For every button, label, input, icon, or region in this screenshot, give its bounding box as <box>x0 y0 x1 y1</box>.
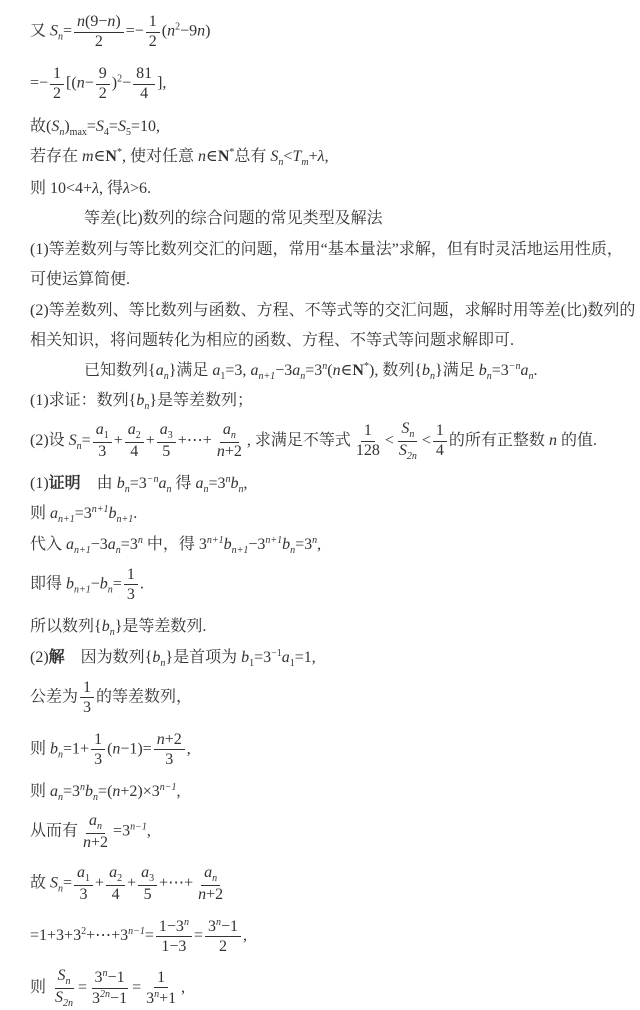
text-segment: 1 <box>104 430 109 441</box>
text-segment: b <box>479 362 487 379</box>
text-segment: = <box>63 875 72 892</box>
text-segment: >6. <box>130 180 151 197</box>
text-segment: . <box>133 505 137 522</box>
text-segment: S <box>55 989 63 1006</box>
text-segment: a <box>160 421 168 438</box>
line-content: 已知数列{an}满足 a1=3, an+1−3an=3n(n∈N*), 数列{b… <box>84 357 538 382</box>
text-segment: 2 <box>136 430 141 441</box>
text-segment: n−1 <box>160 782 177 793</box>
text-segment: N <box>105 148 117 165</box>
text-segment: n <box>549 432 557 449</box>
text-segment: 解 <box>49 649 65 666</box>
text-segment: 的等差数列， <box>96 688 192 705</box>
fraction: 12 <box>146 13 160 51</box>
text-segment: 则 <box>30 740 50 757</box>
text-segment: = <box>145 927 154 944</box>
text-segment: 1 <box>364 422 372 439</box>
fraction: 13n+1 <box>143 969 179 1008</box>
text-segment: b <box>50 740 58 757</box>
text-segment: 设 <box>49 432 69 449</box>
text-segment: +2 <box>206 886 223 903</box>
text-segment: n <box>66 976 71 987</box>
fraction: 13 <box>91 731 105 769</box>
text-segment: n+1 <box>117 514 134 525</box>
text-segment: n+1 <box>74 545 91 556</box>
line-24: 故 Sn=a13+a24+a35+⋯+ann+2 <box>0 858 640 910</box>
text-segment: 即得 <box>30 575 66 592</box>
text-segment: + <box>309 148 318 165</box>
text-segment: a <box>204 864 212 881</box>
fraction: ann+2 <box>195 864 226 904</box>
line-2: =−12[(n−92)2−814], <box>0 58 640 110</box>
text-segment: ∈ <box>94 148 106 165</box>
text-segment: 2n <box>63 998 73 1009</box>
text-segment: S <box>118 118 126 135</box>
fraction: 14 <box>433 422 447 460</box>
text-segment: n−1 <box>130 822 147 833</box>
text-segment: n <box>212 873 217 884</box>
text-segment: a <box>108 536 116 553</box>
text-segment: n <box>231 430 236 441</box>
line-content: (2)等差数列、等比数列与函数、方程、不等式等的交汇问题，求解时用等差(比)数列… <box>30 297 635 320</box>
text-segment: 3 <box>95 969 103 986</box>
text-segment: −3 <box>91 536 108 553</box>
fraction: a13 <box>74 864 93 904</box>
text-segment: 1 <box>85 873 90 884</box>
text-segment: 故 <box>30 875 50 892</box>
text-segment: 故 <box>30 118 46 135</box>
line-26: 则 SnS2n=3n−132n−1=13n+1, <box>0 962 640 1010</box>
text-segment: 3 <box>199 536 207 553</box>
line-5: 则 10<4+λ, 得λ>6. <box>0 171 640 202</box>
text-segment: +⋯+ <box>178 432 212 449</box>
text-segment: a <box>282 649 290 666</box>
text-segment: b <box>224 536 232 553</box>
text-segment: a <box>223 421 231 438</box>
text-segment: 数列 <box>382 362 414 379</box>
text-segment: , <box>243 927 247 944</box>
text-segment: 1 <box>83 679 91 696</box>
line-content: 相关知识，将问题转化为相应的函数、方程、不等式等问题求解即可. <box>30 327 514 350</box>
text-segment: n−1 <box>128 926 145 937</box>
text-segment: S <box>58 967 66 984</box>
line-25: =1+3+32+⋯+3n−1=1−3n1−3=3n−12, <box>0 910 640 962</box>
text-segment: 由 <box>81 475 117 492</box>
text-segment: max <box>70 127 87 138</box>
text-segment: } <box>435 362 443 379</box>
text-segment: 若存在 <box>30 148 82 165</box>
text-segment: =( <box>98 783 112 800</box>
line-content: 则 an+1=3n+1bn+1. <box>30 500 137 525</box>
fraction: 92 <box>96 65 110 103</box>
text-segment: =3 <box>113 823 130 840</box>
text-segment: a <box>66 536 74 553</box>
text-segment: ∈ <box>341 362 353 379</box>
text-segment: 则 <box>30 505 50 522</box>
fraction: a24 <box>125 421 144 461</box>
text-segment: +2 <box>165 731 182 748</box>
text-segment: λ <box>318 148 325 165</box>
text-segment: , <box>147 823 151 840</box>
fraction: 3n−12 <box>205 917 241 956</box>
text-segment: (1) <box>30 392 49 409</box>
text-segment: =3 <box>130 475 147 492</box>
text-segment: 3 <box>98 443 106 460</box>
text-segment: +1 <box>159 990 176 1007</box>
text-segment: n <box>97 821 102 832</box>
fraction: n(9−n)2 <box>74 13 124 51</box>
fraction: 814 <box>133 65 155 103</box>
line-content: (1)求证：数列{bn}是等差数列； <box>30 387 253 412</box>
text-segment: 128 <box>356 442 380 459</box>
text-segment: N <box>218 148 230 165</box>
fraction: a13 <box>93 421 112 461</box>
text-segment: =3 <box>305 362 322 379</box>
text-segment: 1 <box>436 422 444 439</box>
text-segment: , <box>247 432 255 449</box>
text-segment: , <box>181 979 185 996</box>
text-segment: + <box>114 432 123 449</box>
text-segment: =3 <box>208 475 225 492</box>
line-7: (1)等差数列与等比数列交汇的问题，常用“基本量法”求解，但有时灵活地运用性质， <box>0 232 640 263</box>
text-segment: < <box>422 432 431 449</box>
line-content: 即得 bn+1−bn=13. <box>30 566 144 604</box>
text-segment: a <box>128 421 136 438</box>
text-segment: 等差数列、等比数列与函数、方程、不等式等的交汇问题，求解时用等差(比)数列的 <box>49 302 636 319</box>
text-segment: n <box>197 23 205 40</box>
text-segment: 5 <box>144 886 152 903</box>
text-segment: { <box>94 618 102 635</box>
text-segment: λ <box>123 180 130 197</box>
text-segment: a <box>521 362 529 379</box>
text-segment: (1) <box>30 241 49 258</box>
line-content: =1+3+32+⋯+3n−1=1−3n1−3=3n−12, <box>30 917 247 956</box>
text-segment: 1−3 <box>159 918 184 935</box>
text-segment: (1) <box>30 475 49 492</box>
text-segment: =1+ <box>63 740 89 757</box>
text-segment: = <box>63 23 72 40</box>
text-segment: . <box>534 362 538 379</box>
text-segment: ) <box>115 13 120 30</box>
text-segment: + <box>95 875 104 892</box>
line-content: 从而有ann+2=3n−1, <box>30 812 151 852</box>
text-segment: a <box>141 864 149 881</box>
text-segment: a <box>156 362 164 379</box>
text-segment: ], <box>157 75 166 92</box>
text-segment: =3 <box>121 536 138 553</box>
text-segment: −n <box>147 474 159 485</box>
text-segment: (9− <box>85 13 107 30</box>
text-segment: 1 <box>127 566 135 583</box>
text-segment: 81 <box>136 65 152 82</box>
line-content: 则 an=3nbn=(n+2)×3n−1, <box>30 778 181 803</box>
text-segment: +⋯+ <box>159 875 193 892</box>
text-segment: = <box>194 927 203 944</box>
fraction: SnS2n <box>52 967 76 1009</box>
text-segment: −n <box>509 361 521 372</box>
text-segment: 从而有 <box>30 823 78 840</box>
text-segment: 9 <box>99 65 107 82</box>
text-segment: −1 <box>110 990 127 1007</box>
text-segment: n <box>409 429 414 440</box>
text-segment: , <box>99 180 107 197</box>
text-segment: =3 <box>63 783 80 800</box>
line-content: 代入 an+1−3an=3n 中，得 3n+1bn+1−3n+1bn=3n, <box>30 531 321 556</box>
text-segment: 所以数列 <box>30 618 94 635</box>
text-segment: 3 <box>80 886 88 903</box>
text-segment: n+1 <box>258 371 275 382</box>
line-8: 可使运算简便. <box>0 263 640 294</box>
line-content: 所以数列{bn}是等差数列. <box>30 613 206 638</box>
text-segment: } <box>149 392 157 409</box>
fraction: 13 <box>80 679 94 717</box>
text-segment: 4 <box>140 85 148 102</box>
line-content: 公差为13的等差数列， <box>30 679 192 717</box>
fraction: 3n−132n−1 <box>89 968 130 1008</box>
text-segment: 2 <box>53 85 61 102</box>
text-segment: 3 <box>208 918 216 935</box>
text-segment: S <box>50 23 58 40</box>
text-segment: , <box>317 536 321 553</box>
text-segment: 3 <box>92 990 100 1007</box>
fraction: ann+2 <box>80 812 111 852</box>
line-19: (2)解 因为数列{bn}是首项为 b1=3−1a1=1, <box>0 641 640 672</box>
text-segment: 3 <box>149 873 154 884</box>
text-segment: b <box>85 783 93 800</box>
text-segment: 的值. <box>557 432 597 449</box>
text-segment: b <box>66 575 74 592</box>
line-18: 所以数列{bn}是等差数列. <box>0 611 640 642</box>
text-segment: = <box>109 118 118 135</box>
text-segment: n <box>333 362 341 379</box>
text-segment: n <box>83 834 91 851</box>
text-segment: n <box>198 148 206 165</box>
text-segment: S <box>96 118 104 135</box>
text-segment: +2 <box>91 834 108 851</box>
text-segment: 3 <box>83 699 91 716</box>
fraction: 1128 <box>353 422 383 460</box>
text-segment: =3 <box>75 505 92 522</box>
text-segment: 已知数列 <box>84 362 148 379</box>
text-segment: n <box>184 917 189 928</box>
text-segment: =− <box>30 75 48 92</box>
line-10: 相关知识，将问题转化为相应的函数、方程、不等式等问题求解即可. <box>0 324 640 355</box>
text-segment: } <box>165 649 173 666</box>
text-segment: n <box>77 75 85 92</box>
line-15: 则 an+1=3n+1bn+1. <box>0 498 640 529</box>
text-segment: −9 <box>180 23 197 40</box>
text-segment: 2n <box>100 989 110 1000</box>
line-13: (2)设 Sn=a13+a24+a35+⋯+ann+2, 求满足不等式1128<… <box>0 415 640 467</box>
line-16: 代入 an+1−3an=3n 中，得 3n+1bn+1−3n+1bn=3n, <box>0 528 640 559</box>
text-segment: 得 <box>107 180 123 197</box>
text-segment: b <box>422 362 430 379</box>
text-segment: 等差数列与等比数列交汇的问题，常用“基本量法”求解，但有时灵活地运用性质， <box>49 241 623 258</box>
text-segment: 4 <box>130 443 138 460</box>
text-segment: 2n <box>407 451 417 462</box>
text-segment: = <box>87 118 96 135</box>
line-11: 已知数列{an}满足 a1=3, an+1−3an=3n(n∈N*), 数列{b… <box>0 354 640 385</box>
text-segment: 1 <box>149 13 157 30</box>
text-segment: 2 <box>117 873 122 884</box>
text-segment: 2 <box>99 85 107 102</box>
line-14: (1)证明 由 bn=3−nan 得 an=3nbn, <box>0 467 640 498</box>
text-segment: 10<4+ <box>50 180 92 197</box>
text-segment: a <box>96 421 104 438</box>
text-segment: a <box>50 783 58 800</box>
text-segment: b <box>231 475 239 492</box>
text-segment: 2 <box>149 33 157 50</box>
line-content: (1)证明 由 bn=3−nan 得 an=3nbn, <box>30 470 248 495</box>
text-segment: n <box>167 23 175 40</box>
fraction: 1−3n1−3 <box>156 917 192 956</box>
text-segment: −3 <box>248 536 265 553</box>
text-segment: −3 <box>275 362 292 379</box>
text-segment: 3 <box>165 751 173 768</box>
text-segment: 则 <box>30 783 50 800</box>
text-segment: 1 <box>94 731 102 748</box>
fraction: a35 <box>157 421 176 461</box>
text-segment: , <box>177 783 181 800</box>
line-23: 从而有ann+2=3n−1, <box>0 806 640 858</box>
text-segment: a <box>89 812 97 829</box>
text-segment: 等差(比)数列的综合问题的常见类型及解法 <box>84 210 383 227</box>
text-segment: b <box>117 475 125 492</box>
text-segment: ∈ <box>206 148 218 165</box>
line-1: 又 Sn=n(9−n)2=−12(n2−9n) <box>0 6 640 58</box>
text-segment: = <box>82 432 91 449</box>
line-9: (2)等差数列、等比数列与函数、方程、不等式等的交汇问题，求解时用等差(比)数列… <box>0 293 640 324</box>
text-segment: 3 <box>94 751 102 768</box>
text-segment: 4 <box>436 442 444 459</box>
text-segment: (2) <box>30 432 49 449</box>
text-segment: S <box>69 432 77 449</box>
text-segment: 3 <box>146 990 154 1007</box>
line-content: 则 10<4+λ, 得λ>6. <box>30 175 151 198</box>
text-segment: (2) <box>30 649 49 666</box>
line-6: 等差(比)数列的综合问题的常见类型及解法 <box>0 202 640 233</box>
text-segment: 求满足不等式 <box>255 432 351 449</box>
fraction: 13 <box>124 566 138 604</box>
text-segment: = <box>113 575 122 592</box>
text-segment: n+1 <box>207 535 224 546</box>
line-content: (2)解 因为数列{bn}是首项为 b1=3−1a1=1, <box>30 644 316 669</box>
text-segment: [( <box>66 75 77 92</box>
text-segment: 是首项为 <box>173 649 241 666</box>
text-segment: =1+3+3 <box>30 927 81 944</box>
text-segment: =1, <box>295 649 316 666</box>
line-content: (2)设 Sn=a13+a24+a35+⋯+ann+2, 求满足不等式1128<… <box>30 420 597 462</box>
text-segment: 使对任意 <box>130 148 198 165</box>
line-22: 则 an=3nbn=(n+2)×3n−1, <box>0 776 640 807</box>
text-segment: N <box>352 362 364 379</box>
text-segment: =− <box>126 23 144 40</box>
text-segment: λ <box>92 180 99 197</box>
line-content: 等差(比)数列的综合问题的常见类型及解法 <box>84 205 383 228</box>
text-segment: =3 <box>492 362 509 379</box>
text-segment: −1 <box>221 918 238 935</box>
text-segment: S <box>399 442 407 459</box>
line-17: 即得 bn+1−bn=13. <box>0 559 640 611</box>
text-segment: 2 <box>95 33 103 50</box>
line-content: 故(Sn)max=S4=S5=10, <box>30 113 160 138</box>
text-segment: , <box>325 148 329 165</box>
text-segment: 则 <box>30 180 50 197</box>
text-segment: m <box>82 148 94 165</box>
text-segment: 则 <box>30 979 50 996</box>
text-segment: = <box>78 979 87 996</box>
text-segment: 总有 <box>234 148 270 165</box>
text-segment: n <box>198 886 206 903</box>
text-segment: b <box>241 649 249 666</box>
text-segment: 可使运算简便. <box>30 271 130 288</box>
text-segment: 1 <box>157 969 165 986</box>
text-segment: −1)= <box>120 740 151 757</box>
text-segment: − <box>122 75 131 92</box>
text-segment: 1−3 <box>161 938 186 955</box>
text-segment: a <box>109 864 117 881</box>
text-segment: − <box>91 575 100 592</box>
text-segment: − <box>85 75 94 92</box>
text-segment: n+1 <box>92 504 109 515</box>
text-segment: =10, <box>131 118 160 135</box>
text-segment: +2)×3 <box>120 783 159 800</box>
text-segment: 满足 <box>176 362 212 379</box>
text-segment: , <box>122 148 130 165</box>
text-segment: , <box>187 740 191 757</box>
line-content: 则 bn=1+13(n−1)=n+23, <box>30 731 191 769</box>
document-page: 又 Sn=n(9−n)2=−12(n2−9n)=−12[(n−92)2−814]… <box>0 0 640 1010</box>
text-segment: ) <box>205 23 210 40</box>
text-segment: n <box>157 731 165 748</box>
fraction: a35 <box>138 864 157 904</box>
text-segment: 的所有正整数 <box>449 432 549 449</box>
text-segment: 是等差数列； <box>157 392 253 409</box>
text-segment: 证明 <box>49 475 81 492</box>
text-segment: 2 <box>219 938 227 955</box>
text-segment: =3, <box>225 362 250 379</box>
fraction: n+23 <box>154 731 185 769</box>
text-segment: n <box>77 13 85 30</box>
text-segment: n+1 <box>232 545 249 556</box>
text-segment: < <box>385 432 394 449</box>
fraction: SnS2n <box>396 420 420 462</box>
text-segment: 求证：数列 <box>49 392 129 409</box>
text-segment: = <box>132 979 141 996</box>
text-segment: (2) <box>30 302 49 319</box>
text-segment: + <box>146 432 155 449</box>
text-segment: + <box>127 875 136 892</box>
text-segment: { <box>148 362 156 379</box>
text-segment: b <box>102 618 110 635</box>
text-segment: 5 <box>162 443 170 460</box>
text-segment: n+1 <box>265 535 282 546</box>
text-segment: n <box>217 443 225 460</box>
text-segment: 中，得 <box>143 536 199 553</box>
text-segment: n+1 <box>74 584 91 595</box>
text-segment: 代入 <box>30 536 66 553</box>
line-content: (1)等差数列与等比数列交汇的问题，常用“基本量法”求解，但有时灵活地运用性质， <box>30 236 623 259</box>
line-4: 若存在 m∈N*, 使对任意 n∈N*总有 Sn<Tm+λ, <box>0 141 640 172</box>
line-content: =−12[(n−92)2−814], <box>30 65 166 103</box>
text-segment: 相关知识，将问题转化为相应的函数、方程、不等式等问题求解即可. <box>30 332 514 349</box>
line-20: 公差为13的等差数列， <box>0 672 640 724</box>
text-segment: S <box>50 875 58 892</box>
text-segment: −1 <box>108 969 125 986</box>
math-document: 又 Sn=n(9−n)2=−12(n2−9n)=−12[(n−92)2−814]… <box>0 6 640 1010</box>
text-segment: 是等差数列. <box>122 618 206 635</box>
text-segment: −1 <box>271 648 282 659</box>
